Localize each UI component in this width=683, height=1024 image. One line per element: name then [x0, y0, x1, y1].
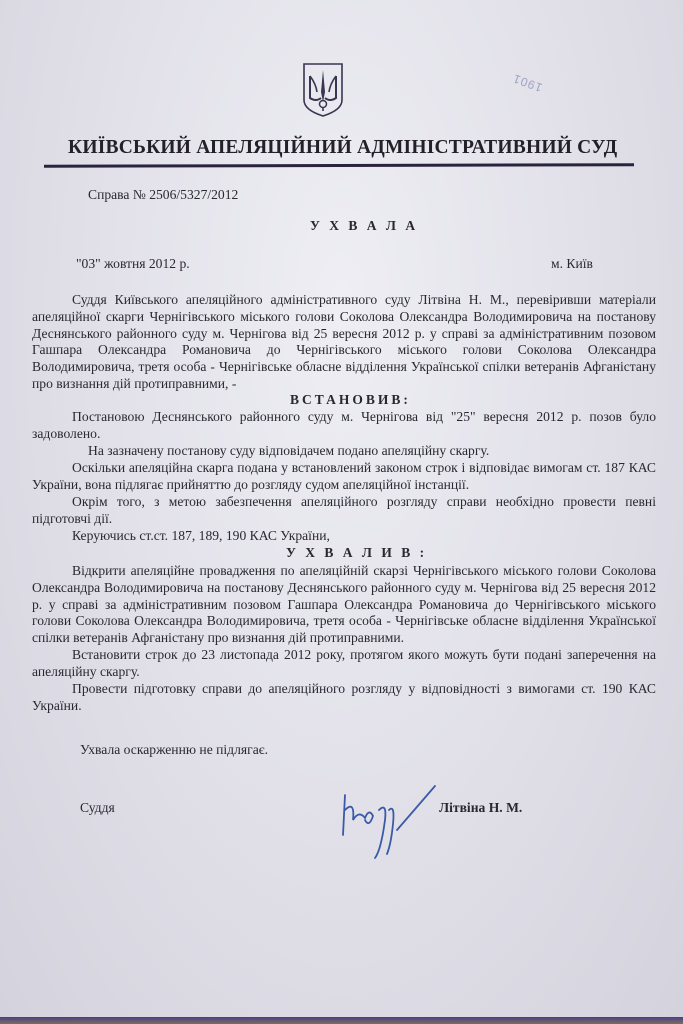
established-paragraph: Оскільки апеляційна скарга подана у вста…	[32, 460, 656, 494]
intro-paragraph: Суддя Київського апеляційного адміністра…	[32, 292, 656, 393]
established-paragraph: Керуючись ст.ст. 187, 189, 190 КАС Украї…	[32, 528, 656, 545]
decided-paragraph: Провести підготовку справи до апеляційно…	[32, 681, 656, 715]
judge-label: Суддя	[80, 800, 115, 817]
document-heading: У Х В А Л А	[310, 218, 418, 234]
document-date: "03" жовтня 2012 р.	[76, 256, 190, 273]
not-appealable-note: Ухвала оскарженню не підлягає.	[80, 742, 268, 759]
page-bottom-edge	[0, 1017, 683, 1024]
established-heading: ВСТАНОВИВ:	[290, 392, 411, 408]
case-number: Справа № 2506/5327/2012	[88, 187, 238, 204]
trident-emblem-icon	[302, 62, 344, 118]
decided-heading: У Х В А Л И В :	[286, 545, 427, 561]
court-title: КИЇВСЬКИЙ АПЕЛЯЦІЙНИЙ АДМІНІСТРАТИВНИЙ С…	[68, 137, 628, 159]
handwritten-signature	[335, 780, 450, 860]
document-city: м. Київ	[551, 256, 593, 273]
decided-paragraph: Відкрити апеляційне провадження по апеля…	[32, 563, 656, 647]
established-paragraph: На зазначену постанову суду відповідачем…	[32, 443, 656, 460]
judge-name: Літвіна Н. М.	[439, 800, 522, 817]
established-paragraph: Окрім того, з метою забезпечення апеляці…	[32, 494, 656, 528]
established-paragraph: Постановою Деснянського районного суду м…	[32, 409, 656, 443]
decided-paragraph: Встановити строк до 23 листопада 2012 ро…	[32, 647, 656, 681]
